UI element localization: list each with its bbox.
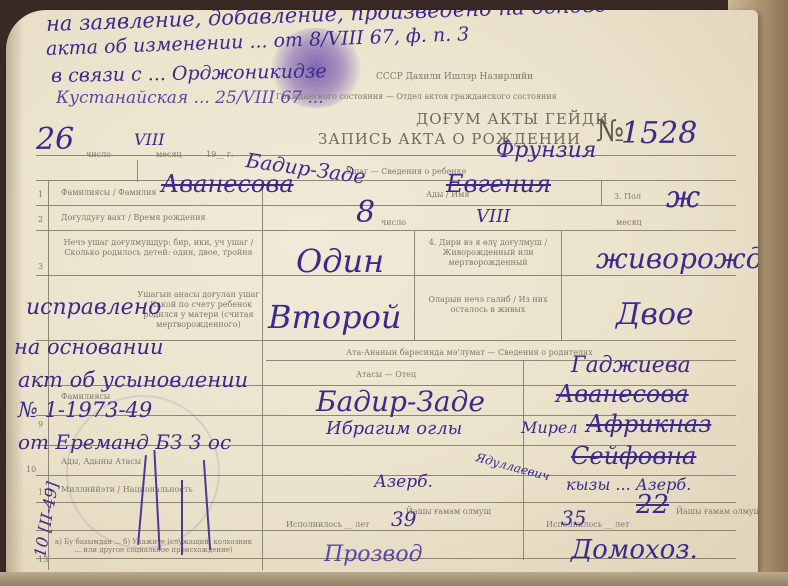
father-name: Ибрагим оглы	[326, 418, 462, 439]
page-bottom-edge	[0, 572, 788, 586]
father-patronymic: Ядуллаевич	[474, 450, 551, 483]
rule	[36, 230, 736, 231]
age-row-az-father: Йашы ғамам олмуш	[406, 507, 491, 517]
mother-nationality: кызы ... Азерб.	[566, 475, 691, 494]
birth-day: 8	[356, 195, 375, 230]
form-title-az: ДОҒУМ АКТЫ ГЕЙДИ	[416, 110, 609, 128]
age-row-az-mother: Йашы ғамам олмуш	[676, 507, 758, 517]
margin-note-line-2: на основании	[14, 335, 164, 359]
name-row-label: Ады, Адыны Атасы	[61, 457, 141, 467]
date-label-day: число	[86, 150, 111, 160]
margin-note-line-1: исправлено	[26, 295, 161, 320]
children-alive-label: Оларын нечэ галиб / Из них осталось в жи…	[418, 295, 558, 315]
father-age: 39	[391, 507, 416, 531]
margin-note-line-3: акт об усыновлении	[18, 368, 248, 392]
rule-vertical	[523, 360, 524, 560]
rule	[36, 530, 736, 531]
birth-record-page: СССР Дахили Ишлэр Назирлийи Гражданского…	[6, 10, 758, 574]
child-first-name: Фрунзия	[496, 138, 596, 163]
signature-stroke	[181, 480, 183, 555]
mother-name-crossed: Африкназ	[586, 410, 711, 438]
record-month: VIII	[134, 130, 165, 149]
rule	[36, 275, 736, 276]
row-number: 2	[38, 215, 43, 225]
children-alive: Двое	[616, 297, 694, 332]
rule-vertical	[262, 180, 263, 570]
bottom-notes: а) Бу бахымдан ... б) Укажите (служащий,…	[51, 538, 256, 554]
mother-name: Мирел	[521, 418, 578, 437]
rule-vertical	[601, 180, 602, 205]
birth-month: VIII	[476, 206, 510, 227]
date-label-year: 19__ г.	[206, 150, 233, 160]
multiple-birth-label: Нечэ ушаг доғулмушдур: бир, ики, уч ушаг…	[61, 238, 256, 258]
child-surname-crossed: Аванесова	[161, 170, 294, 198]
child-sex: ж	[666, 180, 700, 215]
birth-date-label: Доғулдуғу вахт / Время рождения	[61, 213, 206, 223]
mother-patronymic-crossed: Сейфовна	[571, 442, 696, 470]
row-number: 3	[38, 262, 43, 272]
parents-section-label: Ата-Ананын барәсинда мә'лумат — Сведения…	[346, 348, 593, 358]
live-born: живорожд.	[596, 242, 758, 275]
children-born: Один	[296, 242, 384, 280]
age-row-ru-father: Исполнилось __ лет	[286, 520, 369, 530]
page-fold-shadow	[6, 10, 24, 574]
mother-surname-crossed: Аванесова	[556, 380, 689, 408]
mother-surname: Гаджиева	[571, 353, 691, 378]
live-born-label: 4. Дири вэ я өлү доғулмуш / Живорожденны…	[418, 238, 558, 268]
row-number: 10	[26, 465, 36, 475]
child-first-name-crossed: Евгения	[446, 170, 551, 198]
rule-vertical	[414, 230, 415, 340]
row-number: 1	[38, 190, 43, 200]
surname-label: Фамилиясы / Фамилия	[61, 188, 156, 198]
annotation-line-4: Кустанайская ... 25/VIII 67 ...	[56, 88, 324, 108]
mother-occupation: Домохоз.	[571, 535, 698, 565]
sex-label: 3. Пол	[614, 192, 641, 202]
father-surname: Бадир-Заде	[316, 385, 485, 418]
mother-age-crossed: 22	[636, 490, 669, 520]
header-ministry: СССР Дахили Ишлэр Назирлийи	[376, 72, 533, 82]
birth-order: Второй	[268, 298, 401, 336]
nationality-row-label: Миллиййэти / Национальность	[61, 485, 193, 495]
margin-note-line-4: № 1-1973-49	[18, 398, 152, 422]
rule-vertical	[561, 230, 562, 340]
date-label-month: месяц	[156, 150, 182, 160]
record-day: 26	[36, 122, 74, 157]
margin-note-line-5: от Ереманд БЗ 3 ос	[18, 430, 231, 454]
rule-vertical	[137, 160, 138, 182]
father-nationality: Азерб.	[374, 472, 433, 492]
father-occupation: Прозвод	[324, 542, 423, 567]
father-label: Атасы — Отец	[356, 370, 416, 380]
birth-month-label: месяц	[616, 218, 642, 228]
rule	[36, 205, 736, 206]
record-number: 1528	[621, 116, 697, 151]
mother-age: 35	[561, 506, 586, 530]
age-row-ru-mother: Исполнилось __ лет	[546, 520, 629, 530]
birth-day-label: число	[381, 218, 406, 228]
rule	[36, 180, 736, 181]
rule	[36, 155, 736, 156]
